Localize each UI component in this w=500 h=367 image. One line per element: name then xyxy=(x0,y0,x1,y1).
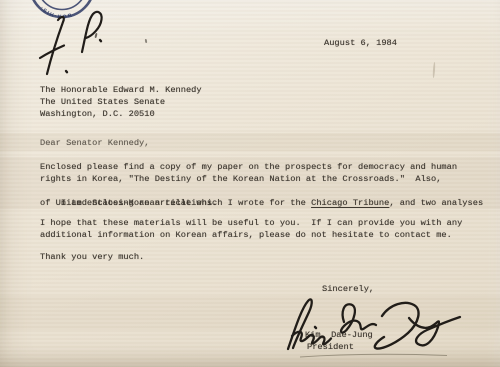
date-line: August 6, 1984 xyxy=(324,37,397,49)
underlined-publication-name: Chicago Tribune xyxy=(311,198,389,208)
body-line: Thank you very much. xyxy=(40,251,144,263)
recipient-line: Washington, D.C. 20510 xyxy=(40,108,155,120)
body-line: additional information on Korean affairs… xyxy=(40,229,452,241)
body-line: rights in Korea, "The Destiny of the Kor… xyxy=(40,173,441,185)
body-text: , and two analyses xyxy=(389,198,483,208)
recipient-line: The United States Senate xyxy=(40,96,165,108)
letter-scan-page: ·SIH·KOR August 6, 1984 The Honorable Ed… xyxy=(0,0,500,367)
body-line: of United States-Korean relations. xyxy=(40,197,217,209)
ink-speck xyxy=(432,62,435,78)
salutation: Dear Senator Kennedy, xyxy=(40,137,149,149)
body-line: Enclosed please find a copy of my paper … xyxy=(40,161,457,173)
handwritten-initials xyxy=(28,4,120,88)
signature-script xyxy=(276,292,468,360)
body-line: I hope that these materials will be usef… xyxy=(40,217,462,229)
ink-speck xyxy=(145,39,148,43)
recipient-line: The Honorable Edward M. Kennedy xyxy=(40,84,202,96)
